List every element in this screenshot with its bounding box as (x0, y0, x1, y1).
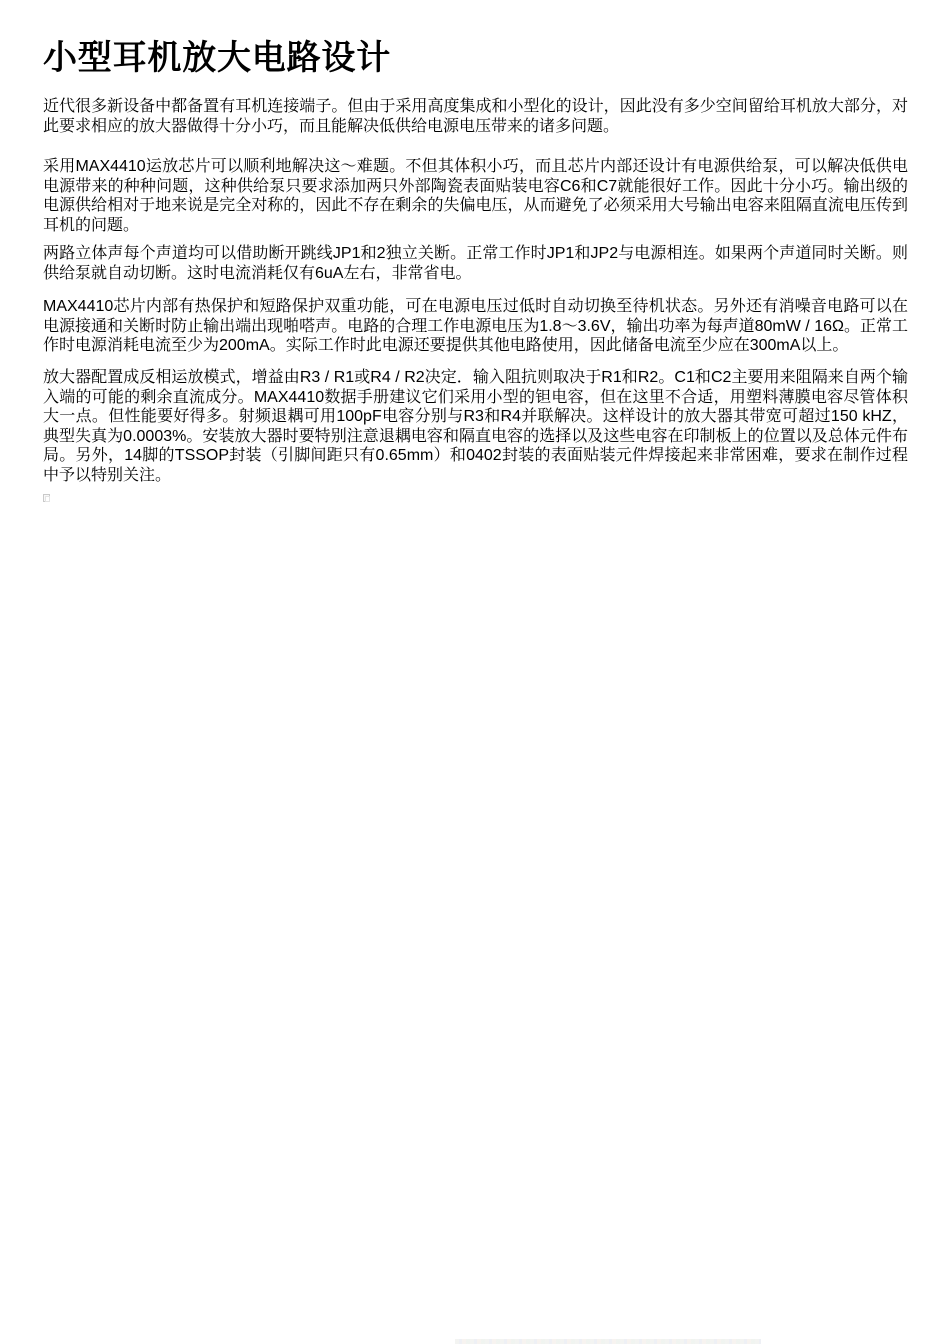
article-paragraph: 两路立体声每个声道均可以借助断开跳线JP1和2独立关断。正常工作时JP1和JP2… (43, 244, 908, 283)
article-paragraph: 近代很多新设备中都备置有耳机连接端子。但由于采用高度集成和小型化的设计，因此没有… (43, 97, 908, 136)
article-paragraph: MAX4410芯片内部有热保护和短路保护双重功能，可在电源电压过低时自动切换至待… (43, 297, 908, 356)
article-page: 小型耳机放大电路设计 近代很多新设备中都备置有耳机连接端子。但由于采用高度集成和… (0, 0, 950, 1344)
broken-image-placeholder-icon (43, 494, 50, 502)
bottom-cutoff-text-strip (455, 1339, 761, 1344)
article-paragraph: 采用MAX4410运放芯片可以顺利地解决这～难题。不但其体积小巧，而且芯片内部还… (43, 157, 908, 235)
article-paragraph: 放大器配置成反相运放模式，增益由R3 / R1或R4 / R2决定．输入阻抗则取… (43, 368, 908, 485)
page-title: 小型耳机放大电路设计 (43, 37, 391, 79)
